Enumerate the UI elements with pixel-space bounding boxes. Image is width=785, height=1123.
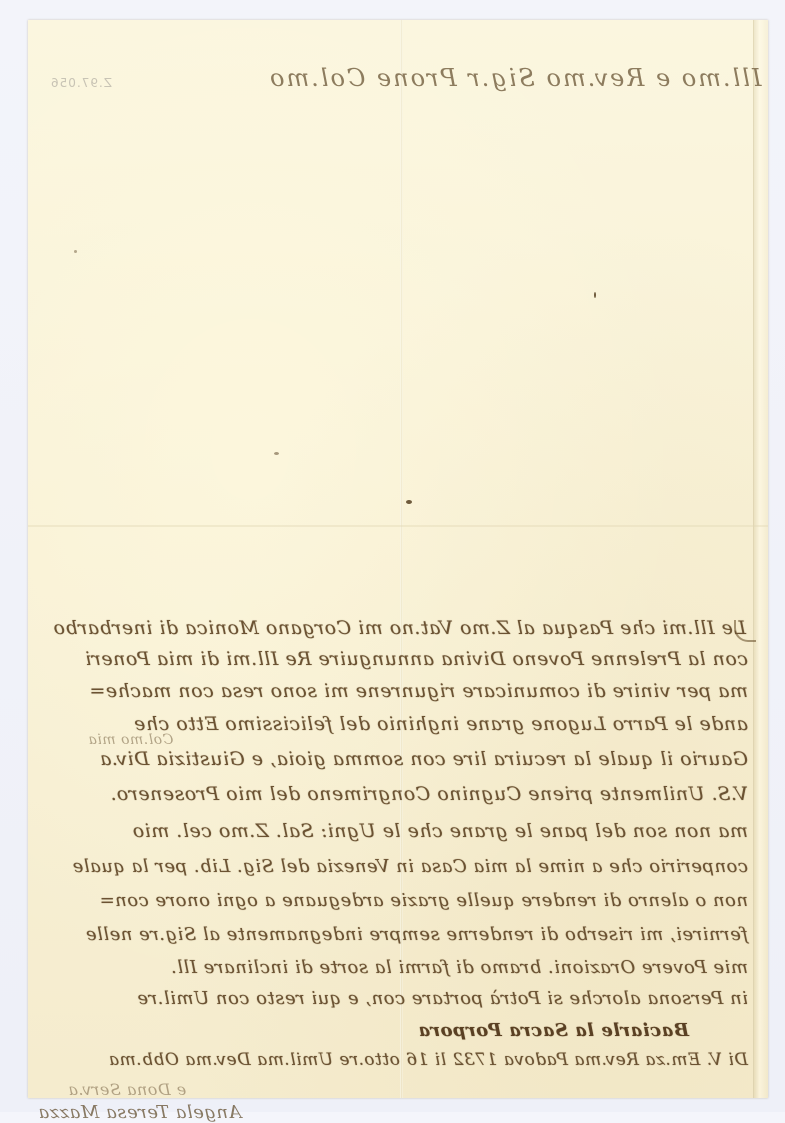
ink-speck	[74, 250, 77, 253]
letter-closing-date-line: Di V. Em.za Rev.ma Padova 1732 li 16 ott…	[28, 1050, 748, 1070]
letter-signature: Angela Teresa Mazza	[38, 1102, 242, 1112]
ink-speck	[594, 292, 596, 298]
letter-body-line: fernirei, mi riserbo di renderne sempre …	[48, 924, 748, 945]
letter-body-line: Le Ill.mi che Pasqua al Z.mo Vat.no mi C…	[46, 617, 746, 639]
letter-body-line: con la Prelenne Poveno Divina annunguire…	[48, 648, 748, 670]
archive-number: Z.97.056	[50, 76, 112, 90]
letter-body-line: conperirio che a nime la mia Casa in Ven…	[34, 856, 748, 877]
letter-body-line: Gaurio il quale la recuira lire con somm…	[36, 748, 748, 770]
ink-speck	[274, 452, 279, 455]
letter-body-line: ma non son del pane le grane che le Ugni…	[58, 820, 748, 842]
letter-body-line: non o alenro di rendere quelle grazie ar…	[48, 890, 748, 911]
letter-body-line: mie Povere Orazioni. bramo di farmi la s…	[88, 957, 748, 978]
manuscript-page: Z.97.056 Ill.mo e Rev.mo Sig.r Prone Col…	[28, 20, 768, 1098]
margin-annotation: Col.mo mia	[88, 732, 173, 748]
letter-closing-servant: e Dona Serv.a	[68, 1080, 186, 1099]
letter-body-line: Baciarle la Sacra Porpora	[418, 1020, 689, 1041]
ink-speck	[406, 500, 412, 504]
paper-fold-horizontal-crease	[28, 525, 768, 527]
letter-body-line: V.S. Unilmente priene Cugnino Congrimeno…	[114, 783, 748, 805]
letter-body-line: ande le Parro Lugone grane inghinio del …	[88, 713, 748, 735]
letter-body-line: in Persona alorche si Potrà portare con,…	[66, 988, 748, 1009]
letter-body-line: ma per vinire di comunicare rigunrene mi…	[48, 680, 748, 702]
letter-heading: Ill.mo e Rev.mo Sig.r Prone Col.mo	[268, 64, 761, 92]
paper-fold-right-edge	[753, 20, 768, 1098]
